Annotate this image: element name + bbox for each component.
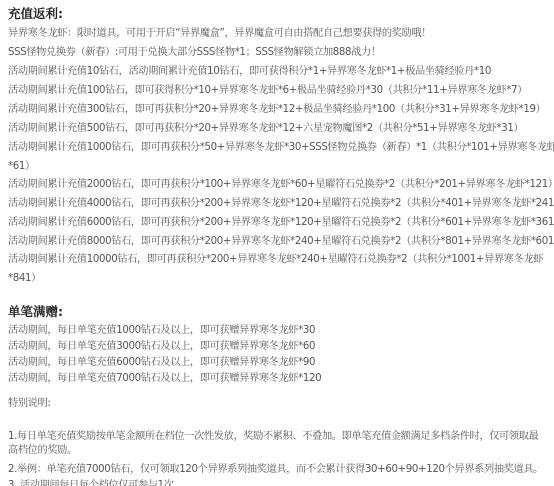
notes-heading: 特别说明: [8, 394, 50, 409]
tier-line: 活动期间累计充值4000钻石，即可再获积分*200+异界寒冬龙虾*120+星曜符… [8, 194, 554, 209]
single-recharge-line: 活动期间，每日单笔充值6000钻石及以上，即可获赠异界寒冬龙虾*90 [8, 353, 315, 368]
tier-line: 活动期间累计充值6000钻石，即可再获积分*200+异界寒冬龙虾*120+星曜符… [8, 213, 554, 228]
tier-line: 活动期间累计充值10000钻石，即可再获积分*200+异界寒冬龙虾*240+星曜… [8, 250, 543, 265]
tier-line: 活动期间累计充值500钻石，即可再获积分*20+异界寒冬龙虾*12+六星宠物魔图… [8, 119, 523, 134]
tier-line: 活动期间累计充值300钻石，即可再获积分*20+异界寒冬龙虾*12+极品坐骑经验… [8, 100, 545, 115]
tier-line: 活动期间累计充值1000钻石，即可再获积分*50+异界寒冬龙虾*30+SSS怪物… [8, 138, 554, 153]
single-recharge-line: 活动期间，每日单笔充值3000钻石及以上，即可获赠异界寒冬龙虾*60 [8, 337, 315, 352]
tier-line: 活动期间累计充值10钻石，活动期间累计充值10钻石，即可获得积分*1+异界寒冬龙… [8, 62, 491, 77]
note-item: 3. 活动期间每日每个档位仅可参与1次。 [8, 476, 183, 486]
tier-line: 活动期间累计充值2000钻石，即可再获积分*100+异界寒冬龙虾*60+星曜符石… [8, 175, 554, 190]
intro-line: 异界寒冬龙虾：限时道具，可用于开启“异界魔盒”，异界魔盒可自由搭配自己想要获得的… [8, 24, 431, 39]
section-heading-single-recharge: 单笔满赠: [8, 302, 63, 320]
single-recharge-line: 活动期间，每日单笔充值1000钻石及以上，即可获赠异界寒冬龙虾*30 [8, 321, 315, 336]
tier-line: 活动期间累计充值100钻石，即可获得积分*10+异界寒冬龙虾*6+极品坐骑经验丹… [8, 81, 527, 96]
note-item: 2.举例：单笔充值7000钻石，仅可领取120个异界系列抽奖道具，而不会累计获得… [8, 460, 543, 475]
tier-line: 活动期间累计充值8000钻石，即可再获积分*200+异界寒冬龙虾*240+星曜符… [8, 232, 554, 247]
tier-line-wrap: *61） [8, 157, 35, 172]
note-item: 1.每日单笔充值奖励按单笔金额所在档位一次性发放，奖励不累积、不叠加。即单笔充值… [8, 430, 548, 458]
single-recharge-line: 活动期间，每日单笔充值7000钻石及以上，即可获赠异界寒冬龙虾*120 [8, 369, 321, 384]
tier-line-wrap: *841） [8, 269, 41, 284]
intro-line: SSS怪物兑换券（新春）:可用于兑换大部分SSS怪物*1；SSS怪物解锁立加88… [8, 43, 381, 58]
section-heading-recharge-rebate: 充值返利: [8, 4, 63, 22]
